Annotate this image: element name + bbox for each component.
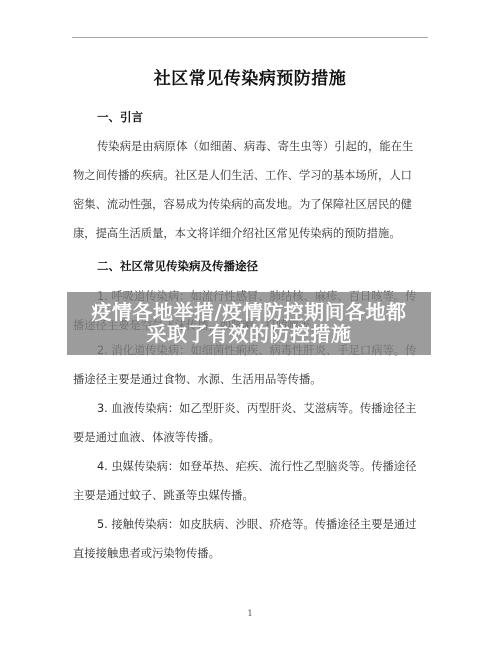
list-item-line: 要是通过血液、体液等传播。 — [73, 430, 429, 446]
caption-line-2: 采取了有效的防控措施 — [67, 323, 431, 345]
caption-banner: 疫情各地举措/疫情防控期间各地都 采取了有效的防控措施 — [67, 292, 431, 355]
paragraph-line: 传染病是由病原体（如细菌、病毒、寄生虫等）引起的，能在生 — [97, 139, 453, 155]
section-heading-diseases: 二、社区常见传染病及传播途径 — [97, 258, 453, 274]
paragraph-line: 密集、流动性强，容易成为传染病的高发地。为了保障社区居民的健 — [73, 197, 429, 213]
list-item-line: 播途径主要是通过食物、水源、生活用品等传播。 — [73, 372, 429, 388]
list-item-line: 主要是通过蚊子、跳蚤等虫媒传播。 — [73, 488, 429, 504]
list-item-line: 直接接触患者或污染物传播。 — [73, 546, 429, 562]
list-item-line: 4. 虫媒传染病：如登革热、疟疾、流行性乙型脑炎等。传播途径 — [97, 459, 453, 475]
section-heading-intro: 一、引言 — [97, 109, 453, 125]
list-item-line: 3. 血液传染病：如乙型肝炎、丙型肝炎、艾滋病等。传播途径主 — [97, 401, 453, 417]
header-divider — [72, 37, 428, 38]
list-item-line: 5. 接触传染病：如皮肤病、沙眼、疥疮等。传播途径主要是通过 — [97, 517, 453, 533]
page-number: 1 — [0, 609, 500, 618]
document-title: 社区常见传染病预防措施 — [0, 64, 500, 89]
caption-line-1: 疫情各地举措/疫情防控期间各地都 — [67, 301, 431, 323]
paragraph-line: 物之间传播的疾病。社区是人们生活、工作、学习的基本场所，人口 — [73, 168, 429, 184]
paragraph-line: 康，提高生活质量，本文将详细介绍社区常见传染病的预防措施。 — [73, 226, 429, 242]
